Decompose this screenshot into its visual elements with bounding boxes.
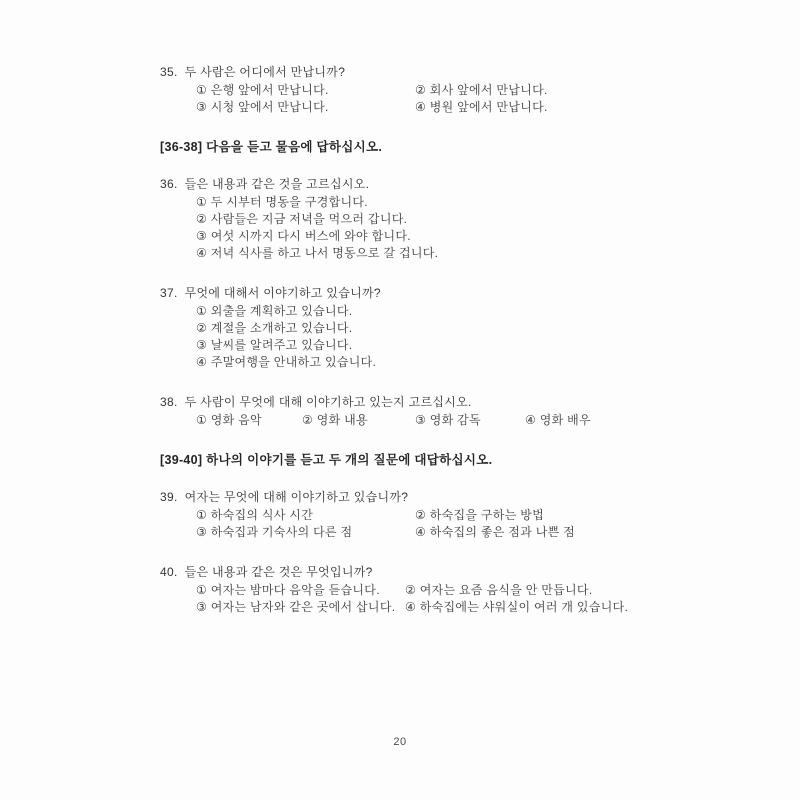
question-38-option-2: ② 영화 내용 bbox=[302, 413, 415, 428]
question-38-option-3: ③ 영화 감독 bbox=[415, 413, 525, 428]
question-37-option-4: ④ 주말여행을 안내하고 있습니다. bbox=[196, 355, 650, 370]
question-36: 36.들은 내용과 같은 것을 고르십시오. ① 두 시부터 명동을 구경합니다… bbox=[160, 176, 650, 261]
question-35-options: ① 은행 앞에서 만납니다. ② 회사 앞에서 만납니다. ③ 시청 앞에서 만… bbox=[196, 83, 650, 115]
question-40-head: 40.들은 내용과 같은 것은 무엇입니까? bbox=[160, 564, 650, 580]
question-37-option-3: ③ 날씨를 알려주고 있습니다. bbox=[196, 338, 650, 353]
question-40-option-3: ③ 여자는 남자와 같은 곳에서 삽니다. bbox=[196, 600, 405, 615]
question-39-options: ① 하숙집의 식사 시간 ② 하숙집을 구하는 방법 ③ 하숙집과 기숙사의 다… bbox=[196, 508, 650, 540]
question-36-text: 들은 내용과 같은 것을 고르십시오. bbox=[185, 177, 370, 191]
question-39-head: 39.여자는 무엇에 대해 이야기하고 있습니까? bbox=[160, 489, 650, 505]
question-36-option-4: ④ 저녁 식사를 하고 나서 명동으로 갈 겁니다. bbox=[196, 246, 650, 261]
section-header-39-40: [39-40] 하나의 이야기를 듣고 두 개의 질문에 대답하십시오. bbox=[160, 452, 650, 468]
question-36-option-2: ② 사람들은 지금 저녁을 먹으러 갑니다. bbox=[196, 212, 650, 227]
question-35-option-1: ① 은행 앞에서 만납니다. bbox=[196, 83, 415, 98]
question-38-text: 두 사람이 무엇에 대해 이야기하고 있는지 고르십시오. bbox=[185, 395, 472, 409]
question-35-text: 두 사람은 어디에서 만납니까? bbox=[185, 65, 346, 79]
question-37-head: 37.무엇에 대해서 이야기하고 있습니까? bbox=[160, 285, 650, 301]
question-35-option-3: ③ 시청 앞에서 만납니다. bbox=[196, 100, 415, 115]
question-39-text: 여자는 무엇에 대해 이야기하고 있습니까? bbox=[185, 490, 409, 504]
question-39-option-2: ② 하숙집을 구하는 방법 bbox=[415, 508, 650, 523]
question-40-option-4: ④ 하숙집에는 샤워실이 여러 개 있습니다. bbox=[405, 600, 650, 615]
question-40-option-1: ① 여자는 밤마다 음악을 듣습니다. bbox=[196, 583, 405, 598]
section-header-36-38: [36-38] 다음을 듣고 물음에 답하십시오. bbox=[160, 139, 650, 155]
question-40-number: 40. bbox=[160, 565, 178, 579]
question-40-options: ① 여자는 밤마다 음악을 듣습니다. ② 여자는 요즘 음식을 안 만듭니다.… bbox=[196, 583, 650, 615]
question-39: 39.여자는 무엇에 대해 이야기하고 있습니까? ① 하숙집의 식사 시간 ②… bbox=[160, 489, 650, 540]
question-40: 40.들은 내용과 같은 것은 무엇입니까? ① 여자는 밤마다 음악을 듣습니… bbox=[160, 564, 650, 615]
question-37-number: 37. bbox=[160, 286, 178, 300]
question-36-option-3: ③ 여섯 시까지 다시 버스에 와야 합니다. bbox=[196, 229, 650, 244]
question-38-option-4: ④ 영화 배우 bbox=[525, 413, 650, 428]
question-39-option-4: ④ 하숙집의 좋은 점과 나쁜 점 bbox=[415, 525, 650, 540]
question-40-text: 들은 내용과 같은 것은 무엇입니까? bbox=[185, 565, 373, 579]
question-35: 35.두 사람은 어디에서 만납니까? ① 은행 앞에서 만납니다. ② 회사 … bbox=[160, 64, 650, 115]
question-37-text: 무엇에 대해서 이야기하고 있습니까? bbox=[185, 286, 381, 300]
question-39-number: 39. bbox=[160, 490, 178, 504]
question-37: 37.무엇에 대해서 이야기하고 있습니까? ① 외출을 계획하고 있습니다. … bbox=[160, 285, 650, 370]
question-38-options: ① 영화 음악 ② 영화 내용 ③ 영화 감독 ④ 영화 배우 bbox=[196, 413, 650, 428]
question-36-head: 36.들은 내용과 같은 것을 고르십시오. bbox=[160, 176, 650, 192]
question-38-option-1: ① 영화 음악 bbox=[196, 413, 302, 428]
question-36-number: 36. bbox=[160, 177, 178, 191]
question-35-number: 35. bbox=[160, 65, 178, 79]
page-content: 35.두 사람은 어디에서 만납니까? ① 은행 앞에서 만납니다. ② 회사 … bbox=[160, 64, 650, 639]
question-37-option-2: ② 계절을 소개하고 있습니다. bbox=[196, 321, 650, 336]
question-35-option-2: ② 회사 앞에서 만납니다. bbox=[415, 83, 650, 98]
question-40-option-2: ② 여자는 요즘 음식을 안 만듭니다. bbox=[405, 583, 650, 598]
question-36-option-1: ① 두 시부터 명동을 구경합니다. bbox=[196, 195, 650, 210]
question-38: 38.두 사람이 무엇에 대해 이야기하고 있는지 고르십시오. ① 영화 음악… bbox=[160, 394, 650, 428]
page-number: 20 bbox=[0, 736, 800, 748]
question-39-option-1: ① 하숙집의 식사 시간 bbox=[196, 508, 415, 523]
question-35-option-4: ④ 병원 앞에서 만납니다. bbox=[415, 100, 650, 115]
question-37-options: ① 외출을 계획하고 있습니다. ② 계절을 소개하고 있습니다. ③ 날씨를 … bbox=[196, 304, 650, 370]
question-37-option-1: ① 외출을 계획하고 있습니다. bbox=[196, 304, 650, 319]
question-38-number: 38. bbox=[160, 395, 178, 409]
test-page: 35.두 사람은 어디에서 만납니까? ① 은행 앞에서 만납니다. ② 회사 … bbox=[0, 0, 800, 800]
question-39-option-3: ③ 하숙집과 기숙사의 다른 점 bbox=[196, 525, 415, 540]
question-36-options: ① 두 시부터 명동을 구경합니다. ② 사람들은 지금 저녁을 먹으러 갑니다… bbox=[196, 195, 650, 261]
question-38-head: 38.두 사람이 무엇에 대해 이야기하고 있는지 고르십시오. bbox=[160, 394, 650, 410]
question-35-head: 35.두 사람은 어디에서 만납니까? bbox=[160, 64, 650, 80]
